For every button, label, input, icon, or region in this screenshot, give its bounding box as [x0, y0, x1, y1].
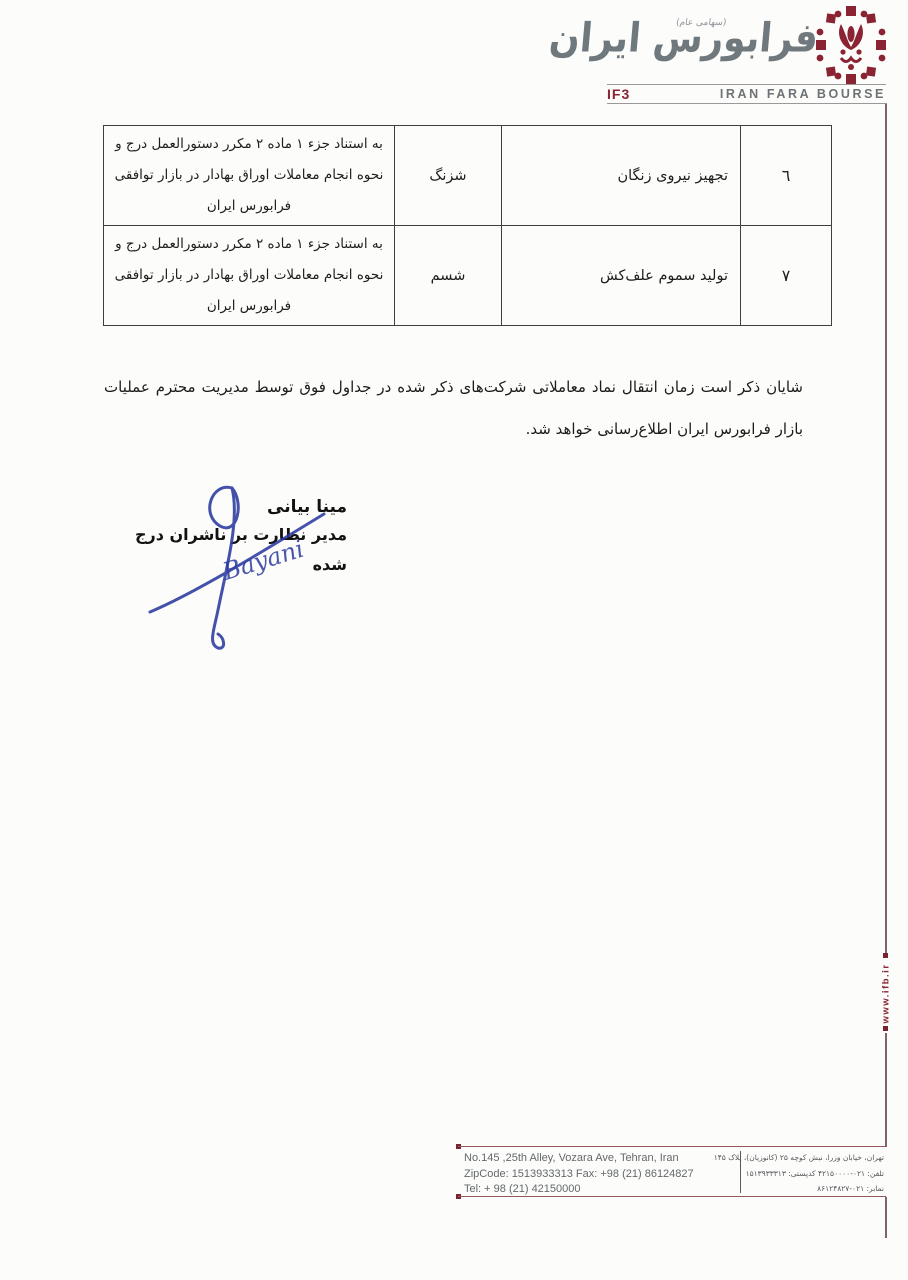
- footer-rule-top: [458, 1146, 886, 1147]
- table-row: ٧ تولید سموم علف‌کش شسم به استناد جزء ۱ …: [104, 226, 832, 326]
- listed-companies-table: ٦ تجهیز نیروی زنگان شزنگ به استناد جزء ۱…: [103, 125, 832, 326]
- address-fa-line1: تهران، خیابان وزرا، نبش کوچه ۲۵ (کانوزیا…: [742, 1150, 884, 1166]
- closing-note: شایان ذکر است زمان انتقال نماد معاملاتی …: [104, 366, 803, 450]
- listing-basis-cell: به استناد جزء ۱ ماده ۲ مکرر دستورالعمل د…: [104, 226, 395, 326]
- company-name-cell: تولید سموم علف‌کش: [502, 226, 741, 326]
- table-row: ٦ تجهیز نیروی زنگان شزنگ به استناد جزء ۱…: [104, 126, 832, 226]
- brand-calligraphy-fa: فرابورس ایران: [598, 16, 820, 62]
- company-name-cell: تجهیز نیروی زنگان: [502, 126, 741, 226]
- website-url: www.ifb.ir: [880, 963, 891, 1023]
- listing-basis-cell: به استناد جزء ۱ ماده ۲ مکرر دستورالعمل د…: [104, 126, 395, 226]
- row-number-cell: ٦: [741, 126, 832, 226]
- ifb-emblem-icon: [814, 4, 888, 86]
- letter-page: (سهامی عام) فرابورس ایران: [0, 0, 908, 1280]
- ticker-symbol-cell: شسم: [395, 226, 502, 326]
- frame-line-upper: [885, 104, 887, 955]
- frame-line-bottom: [885, 1197, 887, 1238]
- ticker-symbol-cell: شزنگ: [395, 126, 502, 226]
- handwritten-signature: Bayani: [128, 480, 343, 655]
- address-fa: تهران، خیابان وزرا، نبش کوچه ۲۵ (کانوزیا…: [742, 1150, 884, 1197]
- address-fa-line2: تلفن: ۰۲۱-۴۲۱۵۰۰۰۰ کدپستی: ۱۵۱۳۹۳۳۳۱۳: [742, 1166, 884, 1182]
- brand-mark: IF3: [607, 86, 630, 102]
- address-fa-line3: نمابر: ۰۲۱-۸۶۱۲۴۸۲۷: [742, 1181, 884, 1197]
- row-number-cell: ٧: [741, 226, 832, 326]
- address-en-line2: ZipCode: 1513933313 Fax: +98 (21) 861248…: [464, 1167, 736, 1183]
- address-en-line1: No.145 ,25th Alley, Vozara Ave, Tehran, …: [464, 1151, 736, 1167]
- frame-line-middle: [885, 1033, 887, 1147]
- address-en: No.145 ,25th Alley, Vozara Ave, Tehran, …: [464, 1151, 736, 1198]
- website-vertical-wrap: www.ifb.ir: [846, 957, 908, 1029]
- header-rule-bottom: [607, 103, 887, 104]
- header-rule-top: [607, 84, 886, 85]
- brand-name-en: IRAN FARA BOURSE: [720, 87, 886, 101]
- frame-dot-lower: [883, 1026, 888, 1031]
- footer-rule-bottom: [458, 1196, 886, 1197]
- brand-en-row: IF3 IRAN FARA BOURSE: [607, 86, 886, 102]
